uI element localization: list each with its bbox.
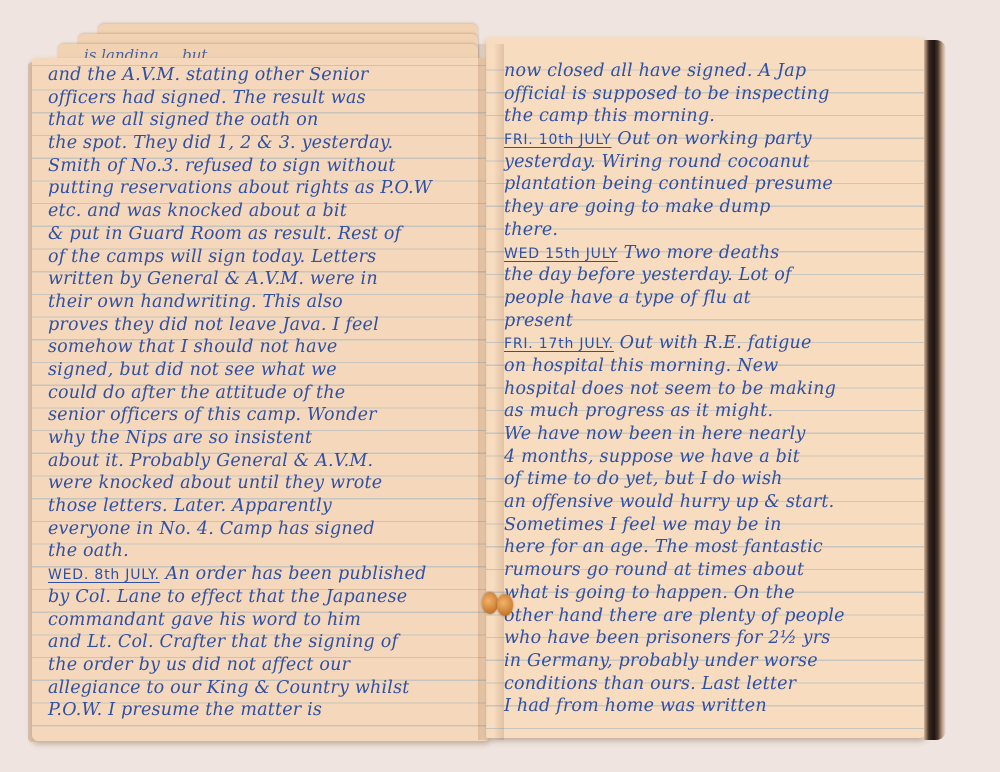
handwritten-line: Smith of No.3. refused to sign without bbox=[48, 155, 478, 178]
handwritten-line: the spot. They did 1, 2 & 3. yesterday. bbox=[48, 132, 478, 155]
handwritten-line: present bbox=[504, 310, 918, 333]
handwritten-line: were knocked about until they wrote bbox=[48, 472, 478, 495]
handwritten-line: FRI. 17th JULY. Out with R.E. fatigue bbox=[504, 332, 918, 355]
line-text: of time to do yet, but I do wish bbox=[504, 469, 783, 489]
line-text: yesterday. Wiring round cocoanut bbox=[504, 152, 810, 172]
line-text: Out on working party bbox=[612, 129, 812, 149]
line-text: who have been prisoners for 2½ yrs bbox=[504, 628, 830, 648]
handwritten-line: the oath. bbox=[48, 540, 478, 563]
handwritten-line: of the camps will sign today. Letters bbox=[48, 246, 478, 269]
line-text: present bbox=[504, 311, 573, 331]
handwritten-line: here for an age. The most fantastic bbox=[504, 536, 918, 559]
line-text: by Col. Lane to effect that the Japanese bbox=[48, 587, 407, 607]
line-text: proves they did not leave Java. I feel bbox=[48, 315, 379, 335]
handwritten-line: and the A.V.M. stating other Senior bbox=[48, 64, 478, 87]
handwritten-line: could do after the attitude of the bbox=[48, 382, 478, 405]
handwritten-line: that we all signed the oath on bbox=[48, 109, 478, 132]
line-text: written by General & A.V.M. were in bbox=[48, 269, 378, 289]
handwritten-line: on hospital this morning. New bbox=[504, 355, 918, 378]
handwritten-line: I had from home was written bbox=[504, 695, 918, 718]
line-text: an offensive would hurry up & start. bbox=[504, 492, 834, 512]
handwritten-line: about it. Probably General & A.V.M. bbox=[48, 450, 478, 473]
handwritten-line: of time to do yet, but I do wish bbox=[504, 468, 918, 491]
line-text: We have now been in here nearly bbox=[504, 424, 806, 444]
line-text: and Lt. Col. Crafter that the signing of bbox=[48, 632, 398, 652]
line-text: somehow that I should not have bbox=[48, 337, 337, 357]
line-text: Smith of No.3. refused to sign without bbox=[48, 156, 396, 176]
handwritten-line: conditions than ours. Last letter bbox=[504, 673, 918, 696]
handwritten-line: the camp this morning. bbox=[504, 105, 918, 128]
handwritten-line: who have been prisoners for 2½ yrs bbox=[504, 627, 918, 650]
entry-date: FRI. 10th JULY bbox=[504, 132, 612, 148]
line-text: were knocked about until they wrote bbox=[48, 473, 382, 493]
handwritten-line: proves they did not leave Java. I feel bbox=[48, 314, 478, 337]
handwritten-line: the order by us did not affect our bbox=[48, 654, 478, 677]
line-text: An order has been published bbox=[160, 564, 427, 584]
handwritten-line: signed, but did not see what we bbox=[48, 359, 478, 382]
line-text: everyone in No. 4. Camp has signed bbox=[48, 519, 375, 539]
handwritten-line: hospital does not seem to be making bbox=[504, 378, 918, 401]
handwritten-line: those letters. Later. Apparently bbox=[48, 495, 478, 518]
line-text: conditions than ours. Last letter bbox=[504, 674, 796, 694]
line-text: people have a type of flu at bbox=[504, 288, 751, 308]
handwritten-line: senior officers of this camp. Wonder bbox=[48, 404, 478, 427]
handwritten-line: official is supposed to be inspecting bbox=[504, 83, 918, 106]
handwritten-line: the day before yesterday. Lot of bbox=[504, 264, 918, 287]
line-text: in Germany, probably under worse bbox=[504, 651, 818, 671]
open-diary: is landing ... but ... and the A.V.M. st… bbox=[0, 0, 1000, 772]
handwritten-line: commandant gave his word to him bbox=[48, 609, 478, 632]
line-text: putting reservations about rights as P.O… bbox=[48, 178, 432, 198]
line-text: there. bbox=[504, 220, 558, 240]
line-text: what is going to happen. On the bbox=[504, 583, 795, 603]
handwritten-line: their own handwriting. This also bbox=[48, 291, 478, 314]
line-text: hospital does not seem to be making bbox=[504, 379, 836, 399]
right-cover-edge bbox=[924, 40, 946, 740]
handwritten-line: other hand there are plenty of people bbox=[504, 605, 918, 628]
line-text: as much progress as it might. bbox=[504, 401, 773, 421]
handwritten-line: written by General & A.V.M. were in bbox=[48, 268, 478, 291]
line-text: official is supposed to be inspecting bbox=[504, 84, 829, 104]
line-text: etc. and was knocked about a bit bbox=[48, 201, 347, 221]
line-text: Sometimes I feel we may be in bbox=[504, 515, 782, 535]
handwritten-line: why the Nips are so insistent bbox=[48, 427, 478, 450]
left-page-lines: and the A.V.M. stating other Senioroffic… bbox=[48, 64, 478, 722]
line-text: senior officers of this camp. Wonder bbox=[48, 405, 377, 425]
handwritten-line: by Col. Lane to effect that the Japanese bbox=[48, 586, 478, 609]
line-text: & put in Guard Room as result. Rest of bbox=[48, 224, 401, 244]
handwritten-line: they are going to make dump bbox=[504, 196, 918, 219]
binding-staple bbox=[482, 592, 498, 614]
line-text: rumours go round at times about bbox=[504, 560, 804, 580]
entry-date: FRI. 17th JULY. bbox=[504, 336, 614, 352]
line-text: about it. Probably General & A.V.M. bbox=[48, 451, 373, 471]
line-text: P.O.W. I presume the matter is bbox=[48, 700, 322, 720]
handwritten-line: 4 months, suppose we have a bit bbox=[504, 446, 918, 469]
handwritten-line: as much progress as it might. bbox=[504, 400, 918, 423]
line-text: here for an age. The most fantastic bbox=[504, 537, 823, 557]
line-text: the day before yesterday. Lot of bbox=[504, 265, 792, 285]
line-text: signed, but did not see what we bbox=[48, 360, 337, 380]
handwritten-line: We have now been in here nearly bbox=[504, 423, 918, 446]
line-text: and the A.V.M. stating other Senior bbox=[48, 65, 368, 85]
right-page: now closed all have signed. A Japofficia… bbox=[486, 38, 926, 738]
handwritten-line: FRI. 10th JULY Out on working party bbox=[504, 128, 918, 151]
line-text: plantation being continued presume bbox=[504, 174, 833, 194]
handwritten-line: and Lt. Col. Crafter that the signing of bbox=[48, 631, 478, 654]
line-text: the spot. They did 1, 2 & 3. yesterday. bbox=[48, 133, 393, 153]
line-text: Two more deaths bbox=[618, 243, 780, 263]
left-page: and the A.V.M. stating other Senioroffic… bbox=[32, 58, 488, 741]
line-text: officers had signed. The result was bbox=[48, 88, 366, 108]
handwritten-line: plantation being continued presume bbox=[504, 173, 918, 196]
line-text: allegiance to our King & Country whilst bbox=[48, 678, 410, 698]
line-text: other hand there are plenty of people bbox=[504, 606, 845, 626]
line-text: on hospital this morning. New bbox=[504, 356, 778, 376]
line-text: commandant gave his word to him bbox=[48, 610, 361, 630]
line-text: now closed all have signed. A Jap bbox=[504, 61, 806, 81]
binding-staple bbox=[497, 594, 513, 616]
line-text: Out with R.E. fatigue bbox=[614, 333, 812, 353]
handwritten-line: what is going to happen. On the bbox=[504, 582, 918, 605]
handwritten-line: & put in Guard Room as result. Rest of bbox=[48, 223, 478, 246]
handwritten-line: somehow that I should not have bbox=[48, 336, 478, 359]
handwritten-line: everyone in No. 4. Camp has signed bbox=[48, 518, 478, 541]
handwritten-line: officers had signed. The result was bbox=[48, 87, 478, 110]
line-text: they are going to make dump bbox=[504, 197, 771, 217]
line-text: that we all signed the oath on bbox=[48, 110, 318, 130]
handwritten-line: in Germany, probably under worse bbox=[504, 650, 918, 673]
line-text: of the camps will sign today. Letters bbox=[48, 247, 376, 267]
handwritten-line: WED. 8th JULY. An order has been publish… bbox=[48, 563, 478, 586]
handwritten-line: rumours go round at times about bbox=[504, 559, 918, 582]
handwritten-line: people have a type of flu at bbox=[504, 287, 918, 310]
line-text: those letters. Later. Apparently bbox=[48, 496, 332, 516]
line-text: the camp this morning. bbox=[504, 106, 715, 126]
handwritten-line: allegiance to our King & Country whilst bbox=[48, 677, 478, 700]
handwritten-line: there. bbox=[504, 219, 918, 242]
entry-date: WED 15th JULY bbox=[504, 246, 618, 262]
handwritten-line: WED 15th JULY Two more deaths bbox=[504, 242, 918, 265]
line-text: why the Nips are so insistent bbox=[48, 428, 312, 448]
line-text: their own handwriting. This also bbox=[48, 292, 343, 312]
line-text: I had from home was written bbox=[504, 696, 767, 716]
line-text: the oath. bbox=[48, 541, 129, 561]
line-text: 4 months, suppose we have a bit bbox=[504, 447, 800, 467]
handwritten-line: putting reservations about rights as P.O… bbox=[48, 177, 478, 200]
handwritten-line: now closed all have signed. A Jap bbox=[504, 60, 918, 83]
entry-date: WED. 8th JULY. bbox=[48, 567, 160, 583]
handwritten-line: etc. and was knocked about a bit bbox=[48, 200, 478, 223]
line-text: the order by us did not affect our bbox=[48, 655, 350, 675]
handwritten-line: yesterday. Wiring round cocoanut bbox=[504, 151, 918, 174]
right-page-lines: now closed all have signed. A Japofficia… bbox=[504, 60, 918, 718]
line-text: could do after the attitude of the bbox=[48, 383, 345, 403]
handwritten-line: P.O.W. I presume the matter is bbox=[48, 699, 478, 722]
handwritten-line: an offensive would hurry up & start. bbox=[504, 491, 918, 514]
handwritten-line: Sometimes I feel we may be in bbox=[504, 514, 918, 537]
